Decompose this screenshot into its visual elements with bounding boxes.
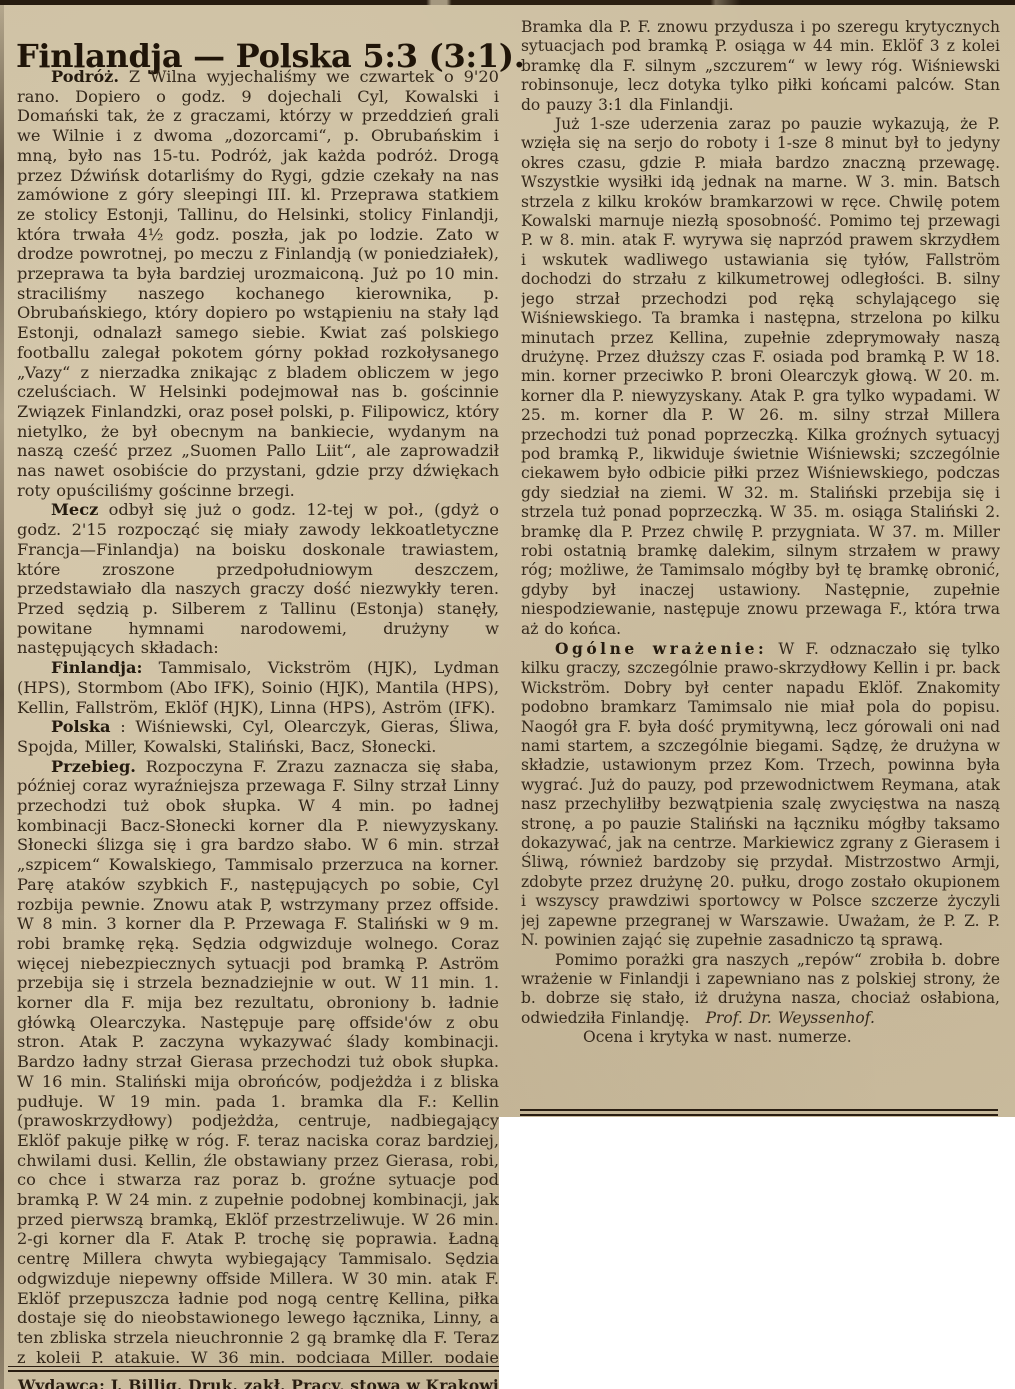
paragraph: Przebieg. Rozpoczyna F. Zrazu zaznacza s… <box>17 757 499 1363</box>
article-column-left: Podróż. Z Wilna wyjechaliśmy we czwartek… <box>17 67 499 1363</box>
paragraph: Mecz odbył się już o godz. 12-tej w poł.… <box>17 500 499 658</box>
paragraph: Polska : Wiśniewski, Cyl, Olearczyk, Gie… <box>17 717 499 756</box>
paragraph-lead: Podróż. <box>51 67 119 86</box>
newspaper-page: Finlandja — Polska 5:3 (3:1). Podróż. Z … <box>0 0 1015 1389</box>
paragraph: Pomimo porażki gra naszych „repów“ zrobi… <box>521 951 1000 1029</box>
paragraph: Finlandja: Tammisalo, Vickström (HJK), L… <box>17 658 499 717</box>
article-column-right: Bramka dla P. F. znowu przydusza i po sz… <box>521 18 1000 1104</box>
imprint-line: Wydawca: J. Billig. Druk. zakł. Pracy, s… <box>18 1376 500 1389</box>
imprint-separator-rule <box>8 1366 500 1372</box>
paragraph: Ocena i krytyka w nast. numerze. <box>521 1028 1000 1047</box>
paragraph-lead: Mecz <box>51 500 98 519</box>
page-top-rule <box>0 0 1015 5</box>
paragraph-lead: Polska <box>51 717 111 736</box>
paragraph: Podróż. Z Wilna wyjechaliśmy we czwartek… <box>17 67 499 500</box>
end-of-article-rule <box>520 1109 998 1116</box>
paragraph-lead: Przebieg. <box>51 757 136 776</box>
author-signature: Prof. Dr. Weyssenhof. <box>690 1009 875 1027</box>
scan-left-edge-shadow <box>0 0 4 1389</box>
paragraph: Już 1-sze uderzenia zaraz po pauzie wyka… <box>521 115 1000 639</box>
paragraph: Bramka dla P. F. znowu przydusza i po sz… <box>521 18 1000 115</box>
scan-cutout-blank-area <box>499 1117 1015 1389</box>
paragraph: Ogólne wrażenie: W F. odznaczało się tyl… <box>521 639 1000 951</box>
paragraph-lead: Finlandja: <box>51 658 142 677</box>
paragraph-lead: Ogólne wrażenie: <box>555 639 767 658</box>
